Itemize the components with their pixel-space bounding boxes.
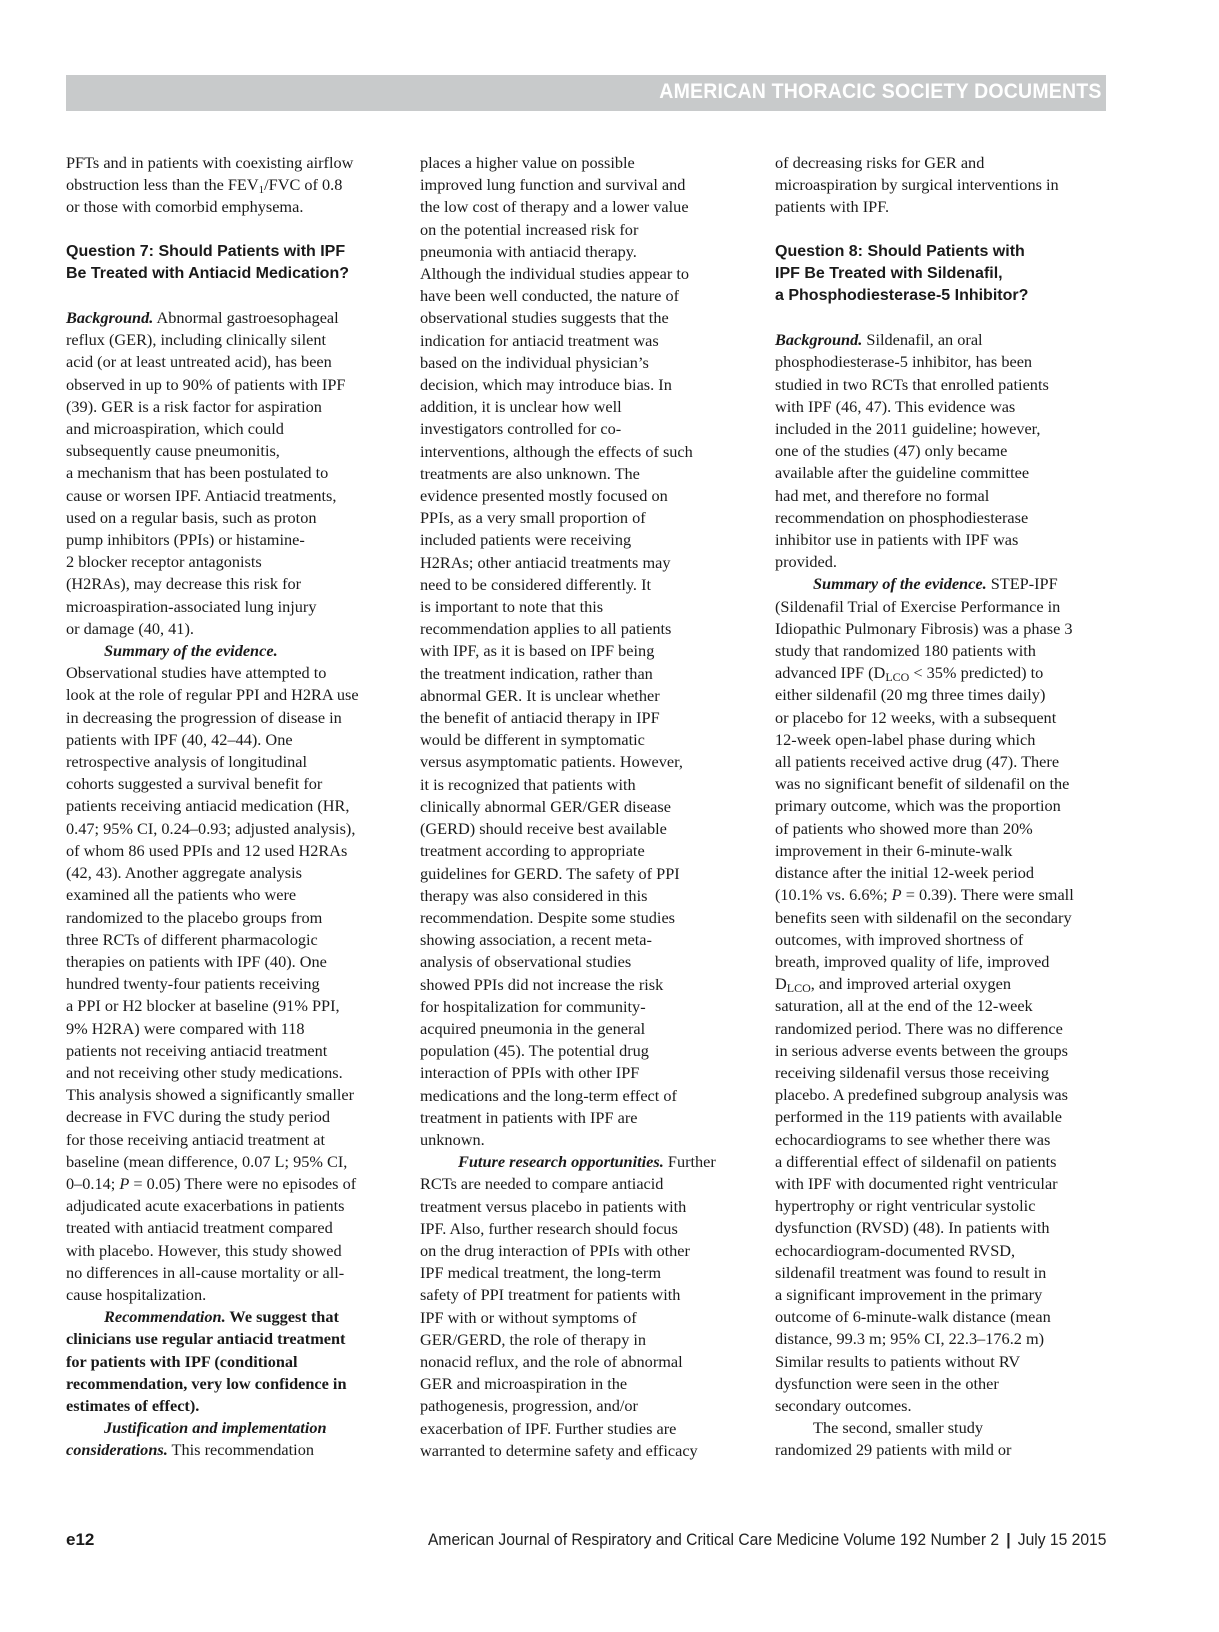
run-in-label: Summary of the evidence. [813,574,987,593]
text-column-3: of decreasing risks for GER and microasp… [775,152,1113,1462]
justification-continued-paragraph: places a higher value on possible improv… [420,152,758,1151]
page-footer: e12 American Journal of Respiratory and … [66,1530,1106,1554]
background-paragraph: Background. Abnormal gastroesophageal re… [66,307,404,640]
summary-paragraph: Summary of the evidence. Observational s… [66,640,404,1306]
intro-paragraph: PFTs and in patients with coexisting air… [66,152,404,219]
text-column-2: places a higher value on possible improv… [420,152,758,1462]
running-header-band: AMERICAN THORACIC SOCIETY DOCUMENTS [66,75,1106,111]
section-heading-question-7: Question 7: Should Patients with IPF Be … [66,241,404,285]
text-column-1: PFTs and in patients with coexisting air… [66,152,404,1462]
justification-paragraph: Justification and implementation conside… [66,1417,404,1461]
run-in-label: Recommendation. [104,1307,226,1326]
run-in-label: Justification and implementation [66,1417,404,1439]
second-study-paragraph: The second, smaller study randomized 29 … [775,1417,1113,1461]
running-header-title: AMERICAN THORACIC SOCIETY DOCUMENTS [660,80,1102,104]
recommendation-paragraph: Recommendation. We suggest that clinicia… [66,1306,404,1417]
summary-paragraph: Summary of the evidence. STEP-IPF (Silde… [775,573,1113,1417]
page-number: e12 [66,1530,94,1550]
run-in-label: Future research opportunities. [458,1152,664,1171]
run-in-label: Background. [66,308,153,327]
run-in-label: Background. [775,330,862,349]
journal-citation: American Journal of Respiratory and Crit… [428,1530,1106,1550]
footer-separator: | [1003,1530,1013,1549]
future-research-continued-paragraph: of decreasing risks for GER and microasp… [775,152,1113,219]
future-research-paragraph: Future research opportunities. Further R… [420,1151,758,1462]
background-paragraph: Background. Sildenafil, an oral phosphod… [775,329,1113,573]
run-in-label: Summary of the evidence. [66,640,404,662]
section-heading-question-8: Question 8: Should Patients with IPF Be … [775,241,1113,308]
